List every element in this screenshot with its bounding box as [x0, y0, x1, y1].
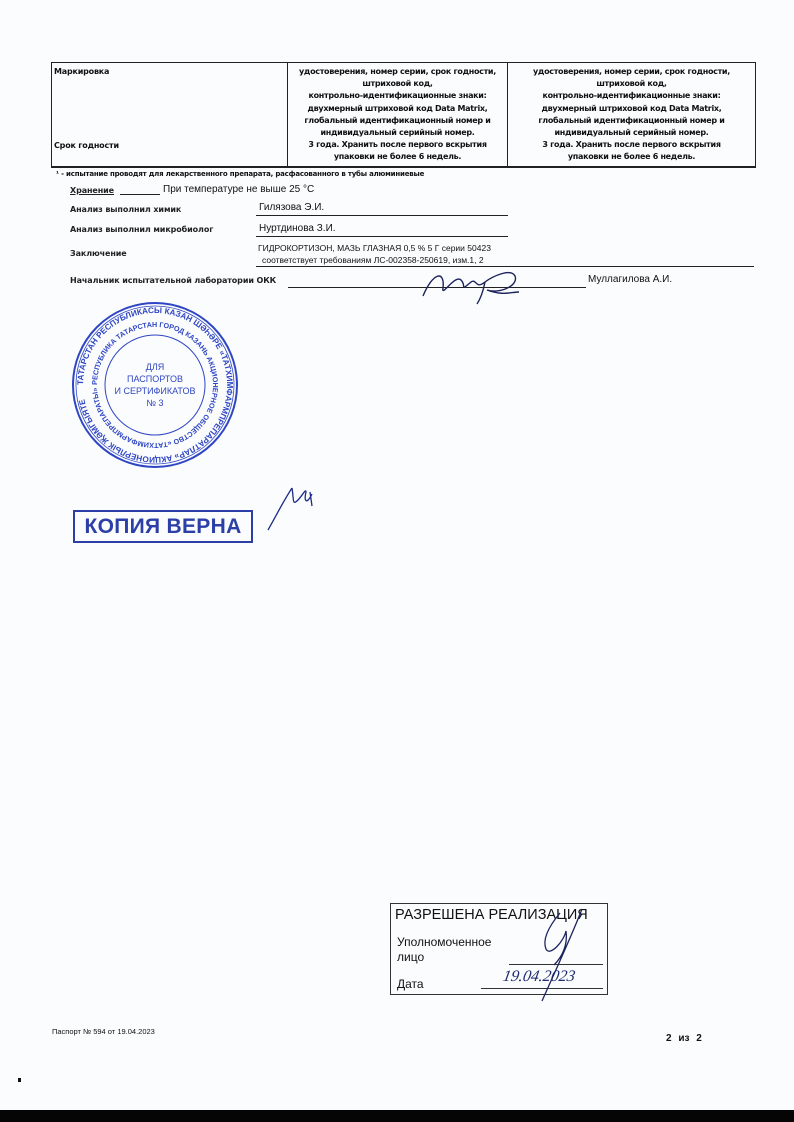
- table-cell-line: 3 года. Хранить после первого вскрытия: [508, 139, 755, 151]
- scan-speck: [18, 1078, 21, 1082]
- storage-underline: [120, 194, 160, 195]
- table-cell-line: упаковки не более 6 недель.: [508, 151, 755, 163]
- shelf-life-label: Срок годности: [54, 141, 119, 150]
- table-cell-line: двухмерный штриховой код Data Matrix,: [288, 103, 507, 115]
- round-seal-stamp: ТАТАРСТАН РЕСПУБЛИКАСЫ КАЗАН ШӘҺӘРЕ «ТАТ…: [70, 300, 240, 470]
- marking-table: Маркировка Срок годности удостоверения, …: [51, 62, 756, 166]
- table-label-column: Маркировка Срок годности: [52, 63, 288, 166]
- head-of-lab-label: Начальник испытательной лаборатории ОКК: [70, 276, 276, 285]
- table-cell-line: удостоверения, номер серии, срок годност…: [508, 66, 755, 78]
- svg-text:И СЕРТИФИКАТОВ: И СЕРТИФИКАТОВ: [115, 386, 196, 396]
- copy-verified-stamp: КОПИЯ ВЕРНА: [73, 510, 253, 543]
- page-indicator: 2 из 2: [666, 1033, 702, 1044]
- authorized-person-label-1: Уполномоченное: [397, 935, 491, 949]
- table-cell-line: 3 года. Хранить после первого вскрытия: [288, 139, 507, 151]
- table-column-3: удостоверения, номер серии, срок годност…: [508, 63, 755, 166]
- table-cell-line: индивидуальный серийный номер.: [508, 127, 755, 139]
- head-of-lab-name: Муллагилова А.И.: [588, 274, 672, 285]
- footnote: ¹ - испытание проводят для лекарственног…: [56, 170, 424, 178]
- conclusion-line-1: ГИДРОКОРТИЗОН, МАЗЬ ГЛАЗНАЯ 0,5 % 5 Г се…: [258, 243, 491, 253]
- table-column-2: удостоверения, номер серии, срок годност…: [288, 63, 508, 166]
- table-cell-line: контрольно-идентификационные знаки:: [508, 90, 755, 102]
- microbiologist-name: Нуртдинова З.И.: [259, 223, 336, 234]
- table-cell-line: индивидуальный серийный номер.: [288, 127, 507, 139]
- table-cell-line: контрольно-идентификационные знаки:: [288, 90, 507, 102]
- date-label: Дата: [397, 977, 424, 991]
- table-cell-line: глобальный идентификационный номер и: [508, 115, 755, 127]
- chemist-name: Гилязова Э.И.: [259, 202, 324, 213]
- authorized-person-label-2: лицо: [397, 950, 424, 964]
- svg-text:ДЛЯ: ДЛЯ: [146, 362, 165, 372]
- storage-label: Хранение: [70, 186, 114, 195]
- svg-text:№ 3: № 3: [146, 398, 163, 408]
- marking-label: Маркировка: [54, 67, 109, 76]
- table-cell-line: упаковки не более 6 недель.: [288, 151, 507, 163]
- chemist-label: Анализ выполнил химик: [70, 205, 181, 214]
- chemist-underline: [256, 215, 508, 216]
- head-of-lab-signature: [415, 262, 525, 306]
- scan-border: [0, 1110, 794, 1122]
- approval-signature: [520, 905, 600, 1005]
- svg-text:ПАСПОРТОВ: ПАСПОРТОВ: [127, 374, 183, 384]
- table-bottom-rule: [51, 166, 756, 168]
- table-cell-line: удостоверения, номер серии, срок годност…: [288, 66, 507, 78]
- microbiologist-label: Анализ выполнил микробиолог: [70, 225, 213, 234]
- table-cell-line: штриховой код,: [288, 78, 507, 90]
- svg-text:ТАТАРСТАН РЕСПУБЛИКАСЫ КАЗАН Ш: ТАТАРСТАН РЕСПУБЛИКАСЫ КАЗАН ШӘҺӘРЕ «ТАТ…: [76, 306, 234, 464]
- table-cell-line: глобальный идентификационный номер и: [288, 115, 507, 127]
- microbiologist-underline: [256, 236, 508, 237]
- table-cell-line: штриховой код,: [508, 78, 755, 90]
- table-cell-line: двухмерный штриховой код Data Matrix,: [508, 103, 755, 115]
- storage-value: При температуре не выше 25 °С: [163, 184, 314, 195]
- conclusion-label: Заключение: [70, 249, 127, 258]
- passport-number: Паспорт № 594 от 19.04.2023: [52, 1027, 155, 1036]
- copy-signature: [262, 478, 322, 538]
